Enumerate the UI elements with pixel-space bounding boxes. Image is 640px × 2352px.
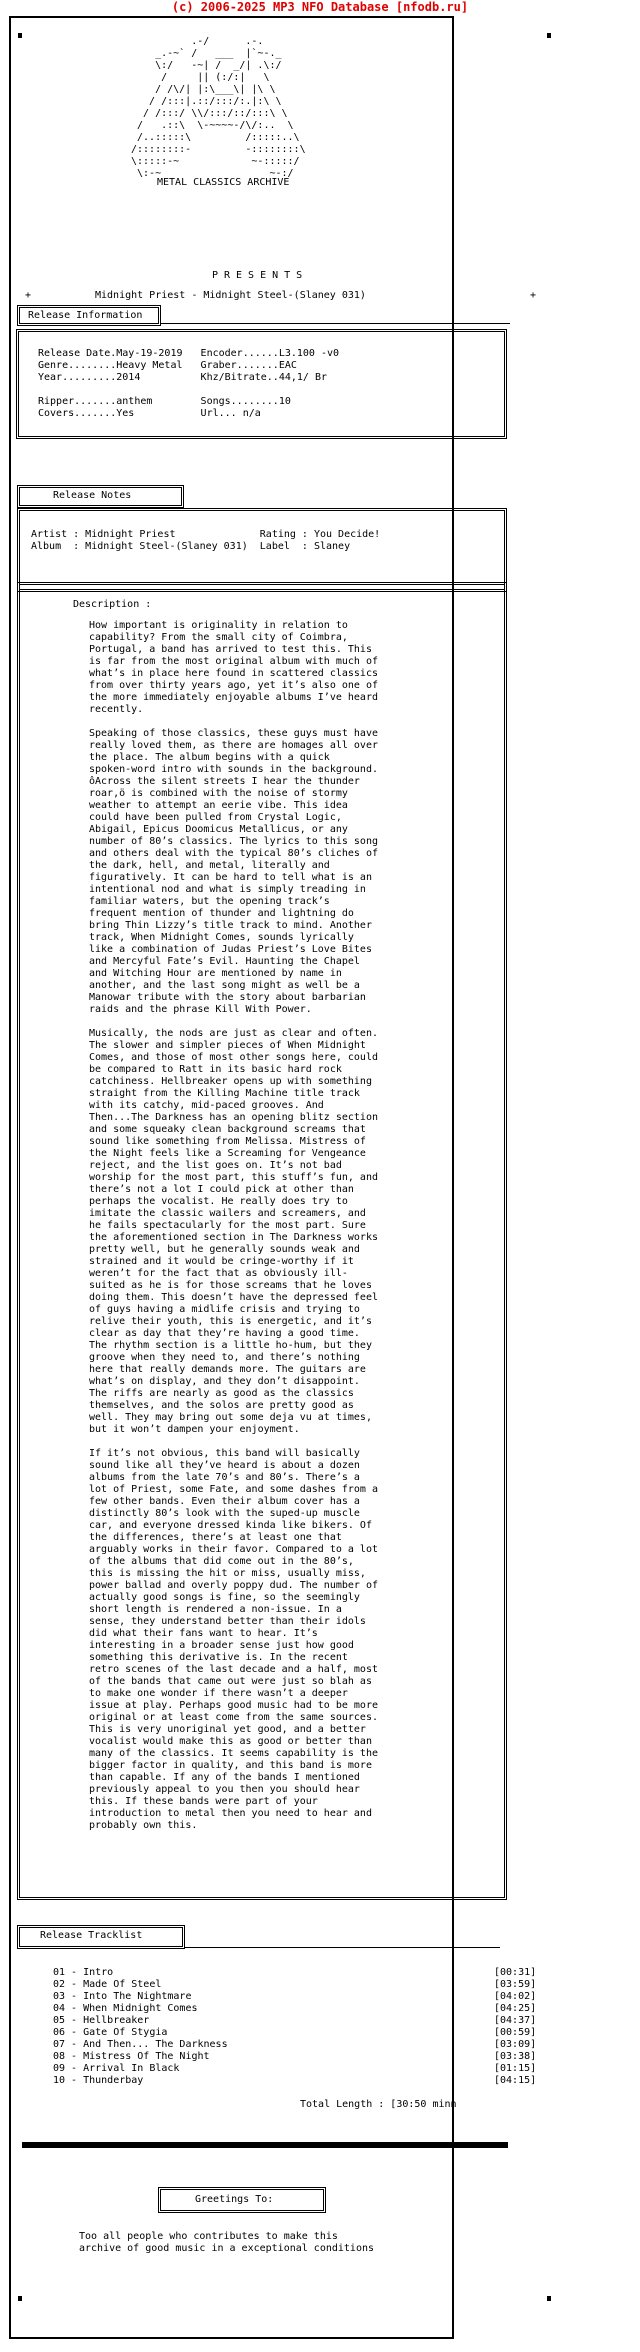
tab-release-tracklist: Release Tracklist	[17, 1925, 185, 1949]
description-line	[89, 1436, 378, 1448]
track-length: [03:09]	[494, 2039, 536, 2051]
track-title: 07 - And Then... The Darkness	[53, 2039, 228, 2050]
description-line: themselves, and the solos are pretty goo…	[89, 1400, 378, 1412]
description-line: How important is originality in relation…	[89, 620, 378, 632]
description-line: relive their youth, this is energetic, a…	[89, 1316, 378, 1328]
description-line: albums from the late 70’s and 80’s. Ther…	[89, 1472, 378, 1484]
description-line: strained and it would be cringe-worthy i…	[89, 1256, 378, 1268]
info-line: Year.........2014 Khz/Bitrate..44,1/ Br	[38, 372, 339, 384]
description-line: could have been pulled from Crystal Logi…	[89, 812, 378, 824]
description-line: and Witching Hour are mentioned by name …	[89, 968, 378, 980]
description-line: ôAcross the silent streets I hear the th…	[89, 776, 378, 788]
description-line: pretty well, but he generally sounds wea…	[89, 1244, 378, 1256]
description-line: what’s on display, and they don’t disapp…	[89, 1376, 378, 1388]
description-line: sound like something from Melissa. Mistr…	[89, 1136, 378, 1148]
description-line	[89, 1016, 378, 1028]
release-notes-fields: Artist : Midnight Priest Rating : You De…	[31, 529, 380, 553]
description-line: figuratively. It can be hard to tell wha…	[89, 872, 378, 884]
track-length: [04:02]	[494, 1991, 536, 2003]
description-line: imitate the classic wailers and screamer…	[89, 1208, 378, 1220]
description-line: Musically, the nods are just as clear an…	[89, 1028, 378, 1040]
description-line: Manowar tribute with the story about bar…	[89, 992, 378, 1004]
track-row: 01 - Intro[00:31]	[53, 1967, 523, 1979]
description-line: did what their fans want to hear. It’s	[89, 1628, 378, 1640]
description-line: interesting in a broader sense just how …	[89, 1640, 378, 1652]
description-line: groove when they need to, and there’s no…	[89, 1352, 378, 1364]
greetings-label: Greetings To:	[195, 2194, 273, 2206]
description-line: This is very unoriginal yet good, and a …	[89, 1724, 378, 1736]
description-line: and some squeaky clean background scream…	[89, 1124, 378, 1136]
track-length: [01:15]	[494, 2063, 536, 2075]
track-title: 05 - Hellbreaker	[53, 2015, 149, 2026]
tab-label: Release Notes	[53, 490, 131, 501]
track-title: 02 - Made Of Steel	[53, 1979, 161, 1990]
track-length: [00:59]	[494, 2027, 536, 2039]
description-line: and Mercyful Fate’s Evil. Haunting the C…	[89, 956, 378, 968]
description-line: Speaking of those classics, these guys m…	[89, 728, 378, 740]
description-line: many of the classics. It seems capabilit…	[89, 1748, 378, 1760]
tab-label: Release Tracklist	[40, 1930, 142, 1941]
description-line: short length is rendered a non-issue. In…	[89, 1604, 378, 1616]
description-line	[89, 716, 378, 728]
logo-ascii-art: .-/ .-. _.-~` / ___ |`~-._ \:/ -~| / _/|…	[131, 36, 306, 180]
track-row: 04 - When Midnight Comes[04:25]	[53, 2003, 523, 2015]
description-line: sense, they understand better than their…	[89, 1616, 378, 1628]
description-line: bring Thin Lizzy’s title track to mind. …	[89, 920, 378, 932]
description-line: what’s in place here found in scattered …	[89, 668, 378, 680]
description-line: retro scenes of the last decade and a ha…	[89, 1664, 378, 1676]
description-line: straight from the Killing Machine title …	[89, 1088, 378, 1100]
description-line: really loved them, as there are homages …	[89, 740, 378, 752]
track-title: 03 - Into The Nightmare	[53, 1991, 191, 2002]
description-line: distinctly 80’s look with the suped-up m…	[89, 1508, 378, 1520]
tab-release-information: Release Information	[17, 305, 161, 326]
description-line: raids and the phrase Kill With Power.	[89, 1004, 378, 1016]
presents-heading: PRESENTS	[212, 270, 308, 282]
notes-line: Artist : Midnight Priest Rating : You De…	[31, 529, 380, 541]
release-title: Midnight Priest - Midnight Steel-(Slaney…	[95, 290, 366, 302]
corner-mark	[18, 33, 22, 38]
notes-line: Album : Midnight Steel-(Slaney 031) Labe…	[31, 541, 380, 553]
description-line: intentional nod and what is simply tread…	[89, 884, 378, 896]
description-line: arguably works in their favor. Compared …	[89, 1544, 378, 1556]
description-line: track, When Midnight Comes, sounds lyric…	[89, 932, 378, 944]
info-line: Covers.......Yes Url... n/a	[38, 408, 339, 420]
description-line: reject, and the list goes on. It’s not b…	[89, 1160, 378, 1172]
description-line: of the albums that did come out in the 8…	[89, 1556, 378, 1568]
corner-mark	[547, 33, 551, 38]
tab-release-notes: Release Notes	[17, 485, 184, 508]
info-line	[38, 384, 339, 396]
description-line: worship for the most part, this stuff’s …	[89, 1172, 378, 1184]
description-line: frequent mention of thunder and lightnin…	[89, 908, 378, 920]
track-row: 09 - Arrival In Black[01:15]	[53, 2063, 523, 2075]
greetings-line: archive of good music in a exceptional c…	[79, 2243, 374, 2255]
track-row: 08 - Mistress Of The Night[03:38]	[53, 2051, 523, 2063]
description-line: weather to attempt an eerie vibe. This i…	[89, 800, 378, 812]
description-line: number of 80’s classics. The lyrics to t…	[89, 836, 378, 848]
description-line: something this derivative is. In the rec…	[89, 1652, 378, 1664]
description-line: to make one wonder if there wasn’t a dee…	[89, 1688, 378, 1700]
description-line: the aforementioned section in The Darkne…	[89, 1232, 378, 1244]
track-row: 06 - Gate Of Stygia[00:59]	[53, 2027, 523, 2039]
track-length: [04:15]	[494, 2075, 536, 2087]
description-line: car, and everyone dressed kinda like bik…	[89, 1520, 378, 1532]
track-length: [03:38]	[494, 2051, 536, 2063]
description-line: here that really demands more. The guita…	[89, 1364, 378, 1376]
archive-title: METAL CLASSICS ARCHIVE	[157, 177, 289, 189]
info-line: Ripper.......anthem Songs........10	[38, 396, 339, 408]
description-line: bigger factor in quality, and this band …	[89, 1760, 378, 1772]
description-line: he fails spectacularly for the most part…	[89, 1220, 378, 1232]
description-line: sound like all they’ve heard is about a …	[89, 1460, 378, 1472]
description-line: original or at least come from the same …	[89, 1712, 378, 1724]
description-line: catchiness. Hellbreaker opens up with so…	[89, 1076, 378, 1088]
description-line: If it’s not obvious, this band will basi…	[89, 1448, 378, 1460]
plus-left: +	[25, 290, 31, 302]
description-line: from over thirty years ago, yet it’s als…	[89, 680, 378, 692]
description-line: this. If these bands were part of your	[89, 1796, 378, 1808]
track-length: [04:25]	[494, 2003, 536, 2015]
description-line: is far from the most original album with…	[89, 656, 378, 668]
release-information-fields: Release Date.May-19-2019 Encoder......L3…	[38, 348, 339, 420]
description-line: Comes, and those of most other songs her…	[89, 1052, 378, 1064]
description-line: recently.	[89, 704, 378, 716]
info-line: Release Date.May-19-2019 Encoder......L3…	[38, 348, 339, 360]
track-row: 07 - And Then... The Darkness[03:09]	[53, 2039, 523, 2051]
description-line: doing them. This doesn’t have the depres…	[89, 1292, 378, 1304]
description-line: Abigail, Epicus Doomicus Metallicus, or …	[89, 824, 378, 836]
description-line: Then...The Darkness has an opening blitz…	[89, 1112, 378, 1124]
track-title: 09 - Arrival In Black	[53, 2063, 179, 2074]
tab-rule	[184, 1947, 500, 1948]
track-length: [03:59]	[494, 1979, 536, 1991]
tab-label: Release Information	[28, 310, 142, 321]
description-line: and others deal with the typical 80’s cl…	[89, 848, 378, 860]
greetings-line: Too all people who contributes to make t…	[79, 2231, 374, 2243]
description-line: be compared to Ratt in its basic hard ro…	[89, 1064, 378, 1076]
description-line: Portugal, a band has arrived to test thi…	[89, 644, 378, 656]
description-line: introduction to metal then you need to h…	[89, 1808, 378, 1820]
description-line: few other bands. Even their album cover …	[89, 1496, 378, 1508]
description-line: roar,ö is combined with the noise of sto…	[89, 788, 378, 800]
separator-bar	[22, 2142, 508, 2148]
description-line: the differences, there’s at least one th…	[89, 1532, 378, 1544]
description-line: but it won’t dampen your enjoyment.	[89, 1424, 378, 1436]
track-title: 01 - Intro	[53, 1967, 113, 1978]
description-label: Description :	[73, 599, 151, 611]
description-line: perhaps the vocalist. He really does try…	[89, 1196, 378, 1208]
description-line: The rhythm section is a little ho-hum, b…	[89, 1340, 378, 1352]
description-line: vocalist would make this as good or bett…	[89, 1736, 378, 1748]
description-line: previously appeal to you then you should…	[89, 1784, 378, 1796]
track-length: [00:31]	[494, 1967, 536, 1979]
description-line: issue at play. Perhaps good music had to…	[89, 1700, 378, 1712]
tracklist: 01 - Intro[00:31]02 - Made Of Steel[03:5…	[53, 1967, 523, 2087]
track-row: 03 - Into The Nightmare[04:02]	[53, 1991, 523, 2003]
info-line: Genre........Heavy Metal Graber.......EA…	[38, 360, 339, 372]
description-line: than capable. If any of the bands I ment…	[89, 1772, 378, 1784]
track-row: 05 - Hellbreaker[04:37]	[53, 2015, 523, 2027]
description-line: the place. The album begins with a quick	[89, 752, 378, 764]
description-text: How important is originality in relation…	[89, 620, 378, 1832]
description-line: like a combination of Judas Priest’s Lov…	[89, 944, 378, 956]
description-line: of the bands that came out were just so …	[89, 1676, 378, 1688]
description-line: well. They may bring out some deja vu at…	[89, 1412, 378, 1424]
corner-mark	[18, 2296, 22, 2301]
track-title: 04 - When Midnight Comes	[53, 2003, 198, 2014]
track-length: [04:37]	[494, 2015, 536, 2027]
description-line: clear as day that they’re having a good …	[89, 1328, 378, 1340]
total-length: Total Length : [30:50 minn	[300, 2099, 457, 2111]
track-title: 06 - Gate Of Stygia	[53, 2027, 167, 2038]
track-title: 10 - Thunderbay	[53, 2075, 143, 2086]
plus-right: +	[530, 290, 536, 302]
tab-rule	[160, 323, 510, 324]
description-line: the dark, hell, and metal, literally and	[89, 860, 378, 872]
track-row: 02 - Made Of Steel[03:59]	[53, 1979, 523, 1991]
track-title: 08 - Mistress Of The Night	[53, 2051, 210, 2062]
description-line: this is missing the hit or miss, usually…	[89, 1568, 378, 1580]
description-line: probably own this.	[89, 1820, 378, 1832]
description-line: the Night feels like a Screaming for Ven…	[89, 1148, 378, 1160]
description-line: lot of Priest, some Fate, and some dashe…	[89, 1484, 378, 1496]
description-line: The slower and simpler pieces of When Mi…	[89, 1040, 378, 1052]
copyright-notice: (c) 2006-2025 MP3 NFO Database [nfodb.ru…	[0, 0, 640, 14]
description-line: spoken-word intro with sounds in the bac…	[89, 764, 378, 776]
description-line: capability? From the small city of Coimb…	[89, 632, 378, 644]
description-line: power ballad and overly poppy dud. The n…	[89, 1580, 378, 1592]
description-line: familiar waters, but the opening track’s	[89, 896, 378, 908]
description-line: the more immediately enjoyable albums I’…	[89, 692, 378, 704]
track-row: 10 - Thunderbay[04:15]	[53, 2075, 523, 2087]
description-line: actually good songs is fine, so the seem…	[89, 1592, 378, 1604]
description-line: there’s not a lot I could pick at other …	[89, 1184, 378, 1196]
description-line: weren’t for the fact that as obviously i…	[89, 1268, 378, 1280]
description-line: of guys having a midlife crisis and tryi…	[89, 1304, 378, 1316]
description-line: with its catchy, mid-paced grooves. And	[89, 1100, 378, 1112]
description-line: The riffs are nearly as good as the clas…	[89, 1388, 378, 1400]
greetings-text: Too all people who contributes to make t…	[79, 2231, 374, 2255]
description-line: suited as he is for those screams that h…	[89, 1280, 378, 1292]
corner-mark	[547, 2296, 551, 2301]
description-line: another, and the last song might as well…	[89, 980, 378, 992]
